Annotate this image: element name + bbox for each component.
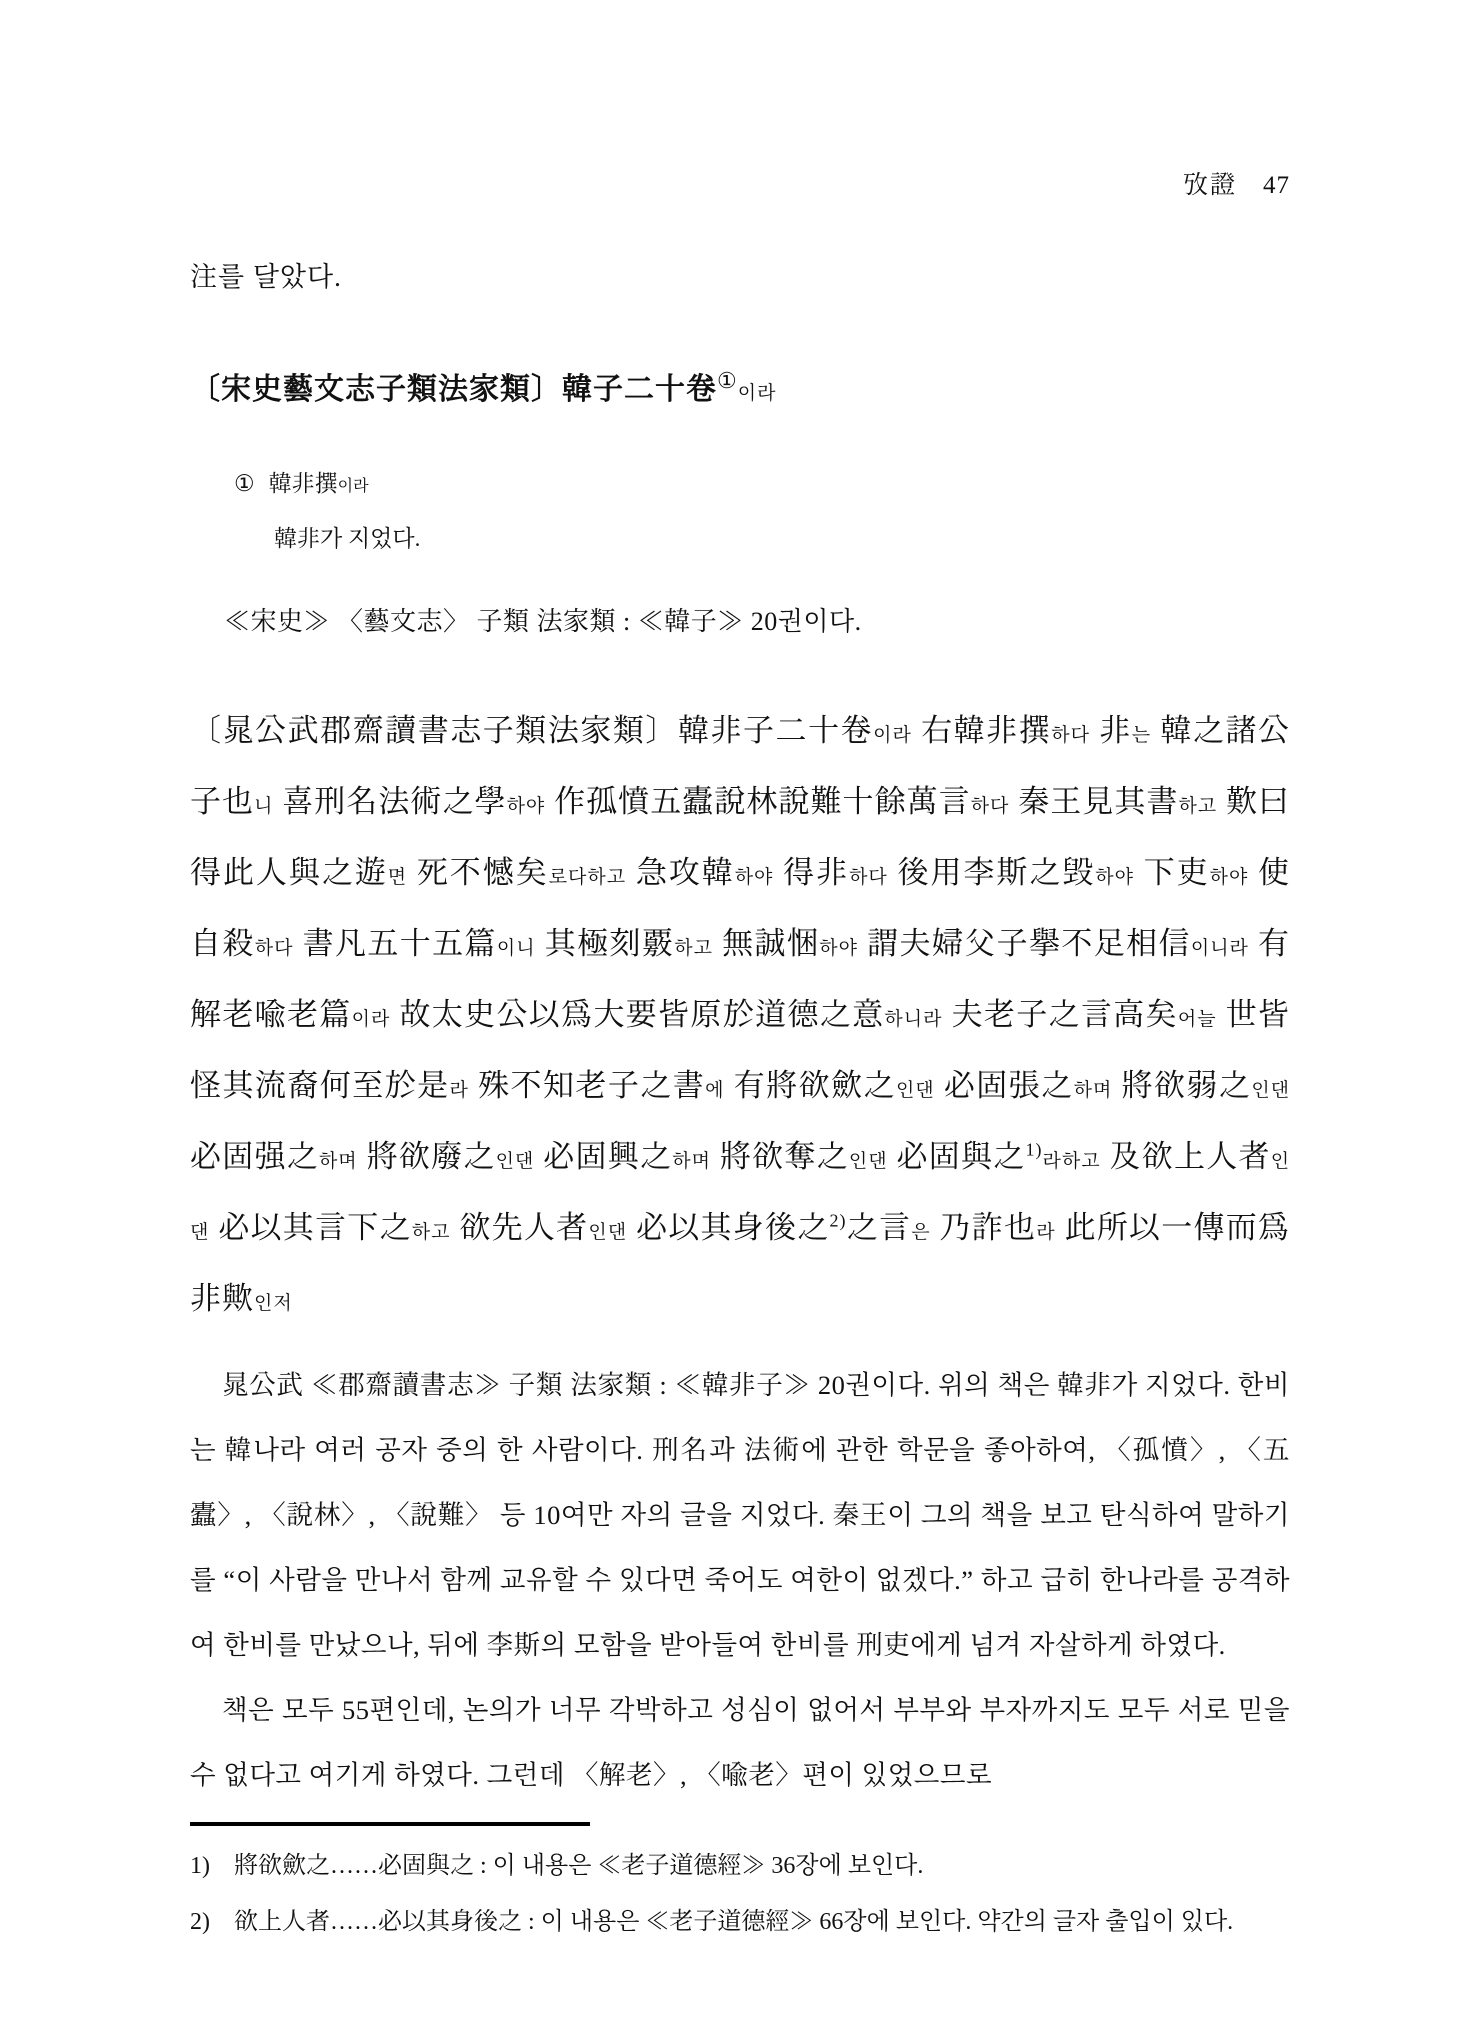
- hanmun-footnote-ref: 1): [1026, 1140, 1043, 1160]
- hanmun-hangul-suffix: 하야: [819, 938, 858, 959]
- hanmun-hangul-suffix: 하다: [849, 867, 888, 888]
- hanmun-segment: 右韓非撰: [912, 713, 1051, 748]
- hanmun-hangul-suffix: 이니: [497, 938, 536, 959]
- page-number: 47: [1263, 172, 1290, 199]
- hanmun-hangul-suffix: 하야: [1210, 867, 1249, 888]
- hanmun-hangul-suffix: 은: [911, 1222, 930, 1243]
- hanmun-hangul-suffix: 는: [1132, 725, 1151, 746]
- hanmun-footnote-ref: 2): [830, 1211, 847, 1231]
- hanmun-segment: 必以其身後之: [627, 1210, 829, 1245]
- hanmun-hangul-suffix: 인댄: [496, 1151, 535, 1172]
- note-hanmun: 韓非撰: [269, 471, 338, 496]
- hanmun-segment: 秦王見其書: [1009, 784, 1178, 819]
- hanmun-segment: 之言: [847, 1210, 912, 1245]
- document-page: 攷證47 注를 달았다. 〔宋史藝文志子類法家類〕韓子二十卷①이라 ①韓非撰이라…: [0, 0, 1480, 2024]
- hanmun-segment: 急攻韓: [626, 855, 735, 890]
- footnote-2-marker: 2): [190, 1894, 234, 1950]
- korean-paragraph-1: 晁公武 ≪郡齋讀書志≫ 子類 法家類 : ≪韓非子≫ 20권이다. 위의 책은 …: [190, 1353, 1290, 1678]
- hanmun-hangul-suffix: 이라: [873, 725, 912, 746]
- hanmun-hangul-suffix: 라: [1036, 1222, 1055, 1243]
- hanmun-hangul-suffix: 하야: [507, 796, 546, 817]
- section1-translation: ≪宋史≫ 〈藝文志〉 子類 法家類 : ≪韓子≫ 20권이다.: [190, 601, 1290, 638]
- running-head-title: 攷證: [1183, 172, 1237, 199]
- hanmun-segment: 無誠悃: [713, 926, 819, 961]
- hanmun-hangul-suffix: 하며: [319, 1151, 358, 1172]
- hanmun-hangul-suffix: 인댄: [896, 1080, 935, 1101]
- korean-translation: 晁公武 ≪郡齋讀書志≫ 子類 法家類 : ≪韓非子≫ 20권이다. 위의 책은 …: [190, 1353, 1290, 1808]
- hanmun-segment: 乃詐也: [931, 1210, 1037, 1245]
- hanmun-segment: 非: [1090, 713, 1132, 748]
- hanmun-segment: 將欲弱之: [1112, 1068, 1251, 1103]
- footnote-1-marker: 1): [190, 1838, 234, 1894]
- note-hanmun-suffix: 이라: [338, 478, 369, 495]
- section1-heading-suffix: 이라: [738, 383, 777, 404]
- hanmun-hangul-suffix: 어늘: [1178, 1009, 1217, 1030]
- hanmun-segment: 有將欲歛之: [725, 1068, 896, 1103]
- section1-heading-footnote-ref: ①: [717, 368, 738, 393]
- hanmun-hangul-suffix: 하고: [674, 938, 713, 959]
- korean-paragraph-2: 책은 모두 55편인데, 논의가 너무 각박하고 성심이 없어서 부부와 부자까…: [190, 1678, 1290, 1808]
- hanmun-hangul-suffix: 면: [388, 867, 407, 888]
- hanmun-hangul-suffix: 라: [450, 1080, 469, 1101]
- hanmun-segment: 得非: [773, 855, 849, 890]
- footnote-separator: [190, 1822, 590, 1826]
- hanmun-hangul-suffix: 인댄: [588, 1222, 627, 1243]
- hanmun-hangul-suffix: 하다: [1051, 725, 1090, 746]
- hanmun-hangul-suffix: 하며: [1074, 1080, 1113, 1101]
- section1-heading-text: 〔宋史藝文志子類法家類〕韓子二十卷: [190, 373, 717, 406]
- hanmun-segment: 喜刑名法術之學: [273, 784, 506, 819]
- hanmun-segment: 其極刻覈: [536, 926, 675, 961]
- hanmun-hangul-suffix: 하고: [1178, 796, 1217, 817]
- hanmun-segment: 故太史公以爲大要皆原於道德之意: [390, 997, 884, 1032]
- hanmun-hangul-suffix: 하야: [735, 867, 774, 888]
- hanmun-hangul-suffix: 니: [254, 796, 273, 817]
- hanmun-hangul-suffix: 하니라: [884, 1009, 942, 1030]
- hanmun-hangul-suffix: 로다하고: [549, 867, 626, 888]
- hanmun-hangul-suffix: 인댄: [1251, 1080, 1290, 1101]
- section1-heading: 〔宋史藝文志子類法家類〕韓子二十卷①이라: [190, 370, 1290, 414]
- intro-paragraph: 注를 달았다.: [190, 255, 1290, 294]
- hanmun-hangul-suffix: 하다: [971, 796, 1010, 817]
- hanmun-text: 〔晁公武郡齋讀書志子類法家類〕韓非子二十卷이라 右韓非撰하다 非는 韓之諸公子也…: [190, 698, 1290, 1337]
- hanmun-segment: 〔晁公武郡齋讀書志子類法家類〕韓非子二十卷: [190, 713, 873, 748]
- hanmun-segment: 將欲奪之: [711, 1139, 849, 1174]
- hanmun-segment: 夫老子之言高矣: [942, 997, 1177, 1032]
- hanmun-hangul-suffix: 이라: [352, 1009, 391, 1030]
- hanmun-hangul-suffix: 하야: [1095, 867, 1134, 888]
- hanmun-hangul-suffix: 하고: [412, 1222, 451, 1243]
- hanmun-segment: 必固興之: [534, 1139, 672, 1174]
- hanmun-segment: 下吏: [1134, 855, 1210, 890]
- section1-note-hanmun-line: ①韓非撰이라: [234, 458, 1290, 513]
- hanmun-hangul-suffix: 하다: [255, 938, 294, 959]
- footnote-2: 2) 欲上人者……必以其身後之 : 이 내용은 ≪老子道德經≫ 66장에 보인다…: [190, 1894, 1290, 1950]
- hanmun-segment: 作孤憤五蠹說林說難十餘萬言: [545, 784, 970, 819]
- hanmun-segment: 及欲上人者: [1101, 1139, 1271, 1174]
- hanmun-hangul-suffix: 인댄: [849, 1151, 888, 1172]
- footnote-1-text: 將欲歛之……必固與之 : 이 내용은 ≪老子道德經≫ 36장에 보인다.: [234, 1838, 1290, 1894]
- footnote-1: 1) 將欲歛之……必固與之 : 이 내용은 ≪老子道德經≫ 36장에 보인다.: [190, 1838, 1290, 1894]
- hanmun-hangul-suffix: 라하고: [1043, 1151, 1101, 1172]
- hanmun-hangul-suffix: 하며: [672, 1151, 711, 1172]
- hanmun-segment: 謂夫婦父子擧不足相信: [858, 926, 1191, 961]
- hanmun-hangul-suffix: 인저: [254, 1293, 293, 1314]
- hanmun-segment: 必以其言下之: [209, 1210, 411, 1245]
- footnotes: 1) 將欲歛之……必固與之 : 이 내용은 ≪老子道德經≫ 36장에 보인다. …: [190, 1838, 1290, 1950]
- hanmun-segment: 必固張之: [935, 1068, 1074, 1103]
- footnote-2-text: 欲上人者……必以其身後之 : 이 내용은 ≪老子道德經≫ 66장에 보인다. 약…: [234, 1894, 1290, 1950]
- hanmun-segment: 後用李斯之毁: [888, 855, 1095, 890]
- section1-note-korean-line: 韓非가 지었다.: [274, 513, 1290, 565]
- hanmun-segment: 必固强之: [190, 1139, 319, 1174]
- hanmun-hangul-suffix: 에: [705, 1080, 724, 1101]
- hanmun-segment: 殊不知老子之書: [469, 1068, 705, 1103]
- hanmun-segment: 欲先人者: [450, 1210, 588, 1245]
- hanmun-hangul-suffix: 이니라: [1191, 938, 1249, 959]
- section1-note-block: ①韓非撰이라 韓非가 지었다.: [234, 458, 1290, 565]
- hanmun-segment: 死不憾矣: [407, 855, 549, 890]
- hanmun-segment: 必固與之: [888, 1139, 1026, 1174]
- note-marker: ①: [234, 471, 255, 496]
- running-head: 攷證47: [190, 165, 1290, 195]
- hanmun-segment: 書凡五十五篇: [293, 926, 496, 961]
- hanmun-segment: 將欲廢之: [358, 1139, 496, 1174]
